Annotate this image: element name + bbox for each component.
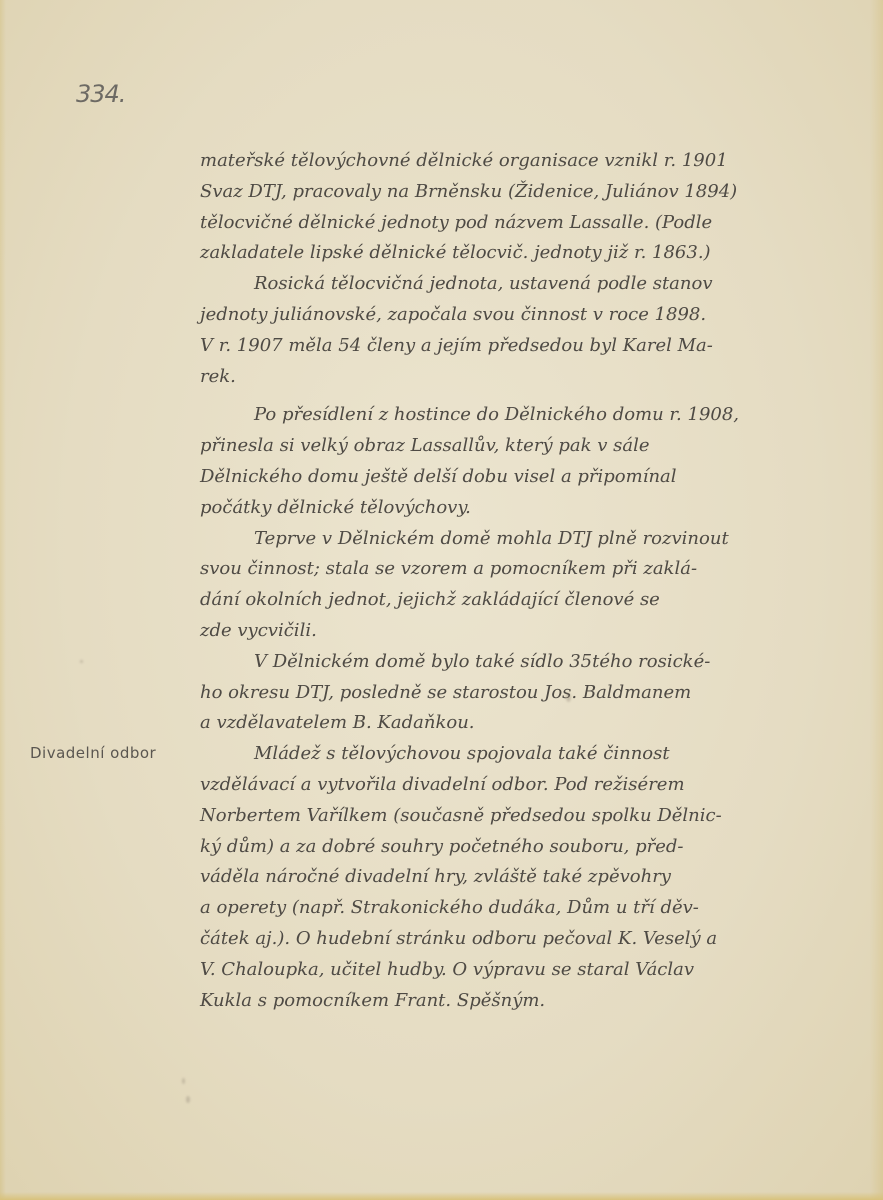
text-line: jednoty juliánovské, započala svou činno… bbox=[200, 300, 860, 331]
text-line: a vzdělavatelem B. Kadaňkou. bbox=[200, 708, 860, 739]
text-line: ho okresu DTJ, posledně se starostou Jos… bbox=[200, 678, 860, 709]
text-line: přinesla si velký obraz Lassallův, který… bbox=[200, 431, 860, 462]
paragraph-delnicky-dum: Po přesídlení z hostince do Dělnického d… bbox=[200, 400, 860, 523]
text-line: zde vycvičili. bbox=[200, 616, 860, 647]
text-line: zakladatele lipské dělnické tělocvič. je… bbox=[200, 238, 860, 269]
text-line: mateřské tělovýchovné dělnické organisac… bbox=[200, 146, 860, 177]
page-number: 334. bbox=[76, 80, 125, 108]
text-line: Mládež s tělovýchovou spojovala také čin… bbox=[200, 739, 860, 770]
text-line: čátek aj.). O hudební stránku odboru peč… bbox=[200, 924, 860, 955]
margin-note-divadelni-odbor: Divadelní odbor bbox=[30, 744, 156, 762]
text-line: V Dělnickém domě bylo také sídlo 35tého … bbox=[200, 647, 860, 678]
paper-smudge bbox=[186, 1096, 190, 1103]
text-line: a operety (např. Strakonického dudáka, D… bbox=[200, 893, 860, 924]
text-line: ký dům) a za dobré souhry početného soub… bbox=[200, 832, 860, 863]
paper-smudge bbox=[80, 660, 83, 663]
text-line: rek. bbox=[200, 362, 860, 393]
paragraph-spacer bbox=[200, 392, 860, 400]
text-line: Kukla s pomocníkem Frant. Spěšným. bbox=[200, 986, 860, 1017]
text-line: váděla náročné divadelní hry, zvláště ta… bbox=[200, 862, 860, 893]
text-line: Dělnického domu ještě delší dobu visel a… bbox=[200, 462, 860, 493]
text-line: Rosická tělocvičná jednota, ustavená pod… bbox=[200, 269, 860, 300]
handwritten-body: mateřské tělovýchovné dělnické organisac… bbox=[200, 146, 860, 1016]
text-line: dání okolních jednot, jejichž zakládajíc… bbox=[200, 585, 860, 616]
text-line: svou činnost; stala se vzorem a pomocník… bbox=[200, 554, 860, 585]
text-line: V. Chaloupka, učitel hudby. O výpravu se… bbox=[200, 955, 860, 986]
text-line: tělocvičné dělnické jednoty pod názvem L… bbox=[200, 208, 860, 239]
paragraph-teprve: Teprve v Dělnickém domě mohla DTJ plně r… bbox=[200, 524, 860, 647]
text-line: Po přesídlení z hostince do Dělnického d… bbox=[200, 400, 860, 431]
paragraph-origins: mateřské tělovýchovné dělnické organisac… bbox=[200, 146, 860, 269]
text-line: Teprve v Dělnickém domě mohla DTJ plně r… bbox=[200, 524, 860, 555]
text-line: vzdělávací a vytvořila divadelní odbor. … bbox=[200, 770, 860, 801]
text-line: Svaz DTJ, pracovaly na Brněnsku (Židenic… bbox=[200, 177, 860, 208]
paragraph-rosicka-jednota: Rosická tělocvičná jednota, ustavená pod… bbox=[200, 269, 860, 392]
paper-smudge bbox=[566, 693, 571, 702]
paper-smudge bbox=[182, 1078, 185, 1084]
manuscript-page: 334. Divadelní odbor mateřské tělovýchov… bbox=[0, 0, 883, 1200]
text-line: počátky dělnické tělovýchovy. bbox=[200, 493, 860, 524]
paragraph-divadelni-odbor: Mládež s tělovýchovou spojovala také čin… bbox=[200, 739, 860, 1016]
text-line: Norbertem Vařílkem (současně předsedou s… bbox=[200, 801, 860, 832]
text-line: V r. 1907 měla 54 členy a jejím předsedo… bbox=[200, 331, 860, 362]
paragraph-sidlo-okresu: V Dělnickém domě bylo také sídlo 35tého … bbox=[200, 647, 860, 739]
